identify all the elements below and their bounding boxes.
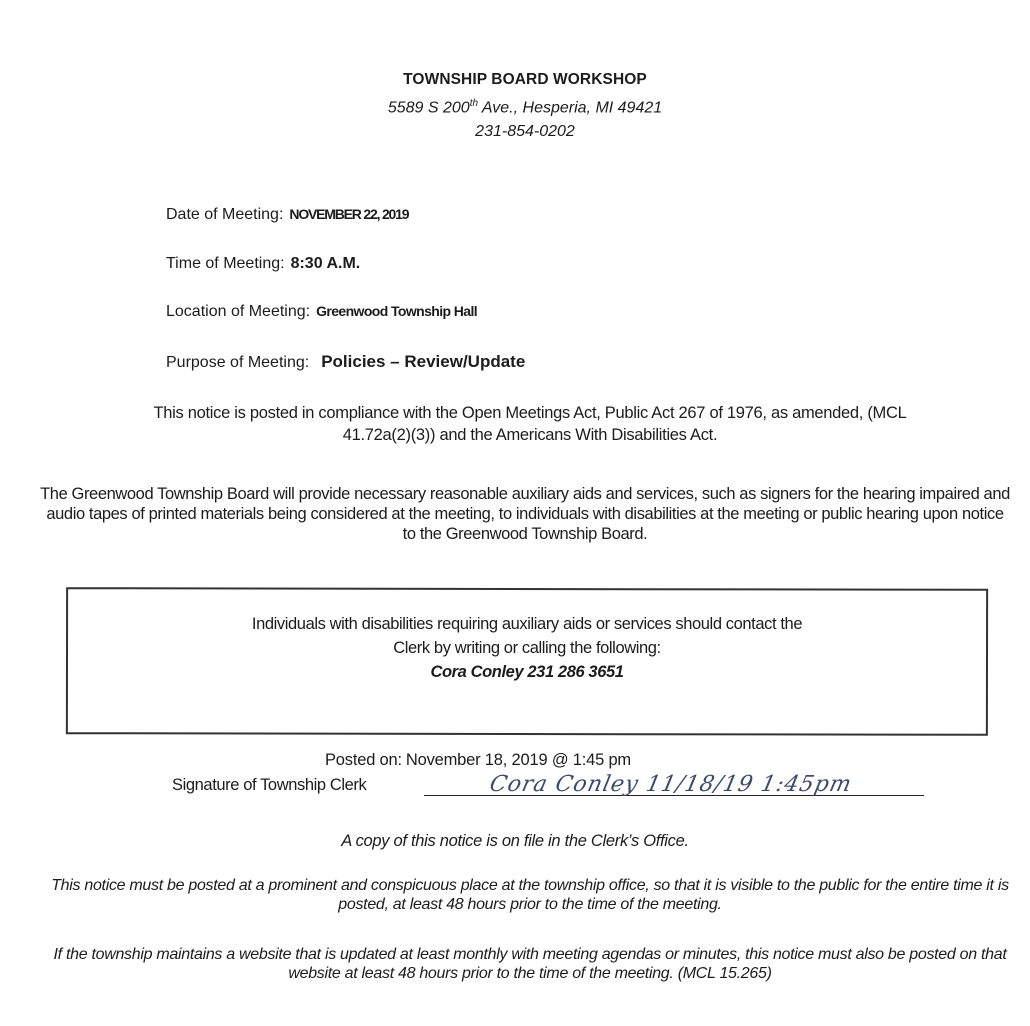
posted-on-label: Posted on: bbox=[325, 751, 402, 769]
meeting-location-label: Location of Meeting: bbox=[166, 303, 310, 320]
website-requirement: If the township maintains a website that… bbox=[50, 945, 1010, 983]
contact-box-text: Individuals with disabilities requiring … bbox=[66, 612, 988, 684]
meeting-time-label: Time of Meeting: bbox=[166, 255, 285, 272]
clerk-contact: Cora Conley 231 286 3651 bbox=[66, 660, 988, 684]
meeting-purpose-value: Policies – Review/Update bbox=[321, 352, 525, 371]
meeting-purpose-label: Purpose of Meeting: bbox=[166, 354, 309, 371]
document-title: TOWNSHIP BOARD WORKSHOP bbox=[10, 71, 1030, 89]
contact-box-line-2: Clerk by writing or calling the followin… bbox=[66, 636, 988, 660]
signature-label: Signature of Township Clerk bbox=[172, 776, 366, 795]
phone-number: 231-854-0202 bbox=[10, 123, 1030, 141]
meeting-purpose-field: Purpose of Meeting:Policies – Review/Upd… bbox=[166, 352, 525, 372]
meeting-time-field: Time of Meeting:8:30 A.M. bbox=[166, 255, 360, 273]
posted-on: Posted on:November 18, 2019 @ 1:45 pm bbox=[325, 751, 631, 770]
meeting-location-field: Location of Meeting:Greenwood Township H… bbox=[166, 303, 477, 321]
meeting-date-field: Date of Meeting:NOVEMBER 22, 2019 bbox=[166, 206, 408, 224]
contact-box-line-1: Individuals with disabilities requiring … bbox=[66, 612, 988, 636]
meeting-location-value: Greenwood Township Hall bbox=[316, 303, 477, 319]
handwritten-signature: Cora Conley 11/18/19 1:45pm bbox=[487, 772, 854, 797]
posted-on-value: November 18, 2019 @ 1:45 pm bbox=[406, 751, 631, 769]
meeting-time-value: 8:30 A.M. bbox=[291, 255, 361, 272]
meeting-date-label: Date of Meeting: bbox=[166, 206, 283, 223]
address-prefix: 5589 S 200 bbox=[388, 99, 470, 116]
compliance-statement: This notice is posted in compliance with… bbox=[150, 402, 910, 446]
address-suffix: Ave., Hesperia, MI 49421 bbox=[478, 99, 662, 116]
meeting-date-value: NOVEMBER 22, 2019 bbox=[289, 206, 408, 222]
posting-requirement: This notice must be posted at a prominen… bbox=[50, 876, 1010, 914]
auxiliary-aids-statement: The Greenwood Township Board will provid… bbox=[40, 484, 1010, 544]
address: 5589 S 200th Ave., Hesperia, MI 49421 bbox=[10, 98, 1030, 117]
copy-on-file-note: A copy of this notice is on file in the … bbox=[0, 832, 1030, 851]
address-ordinal: th bbox=[470, 98, 478, 109]
